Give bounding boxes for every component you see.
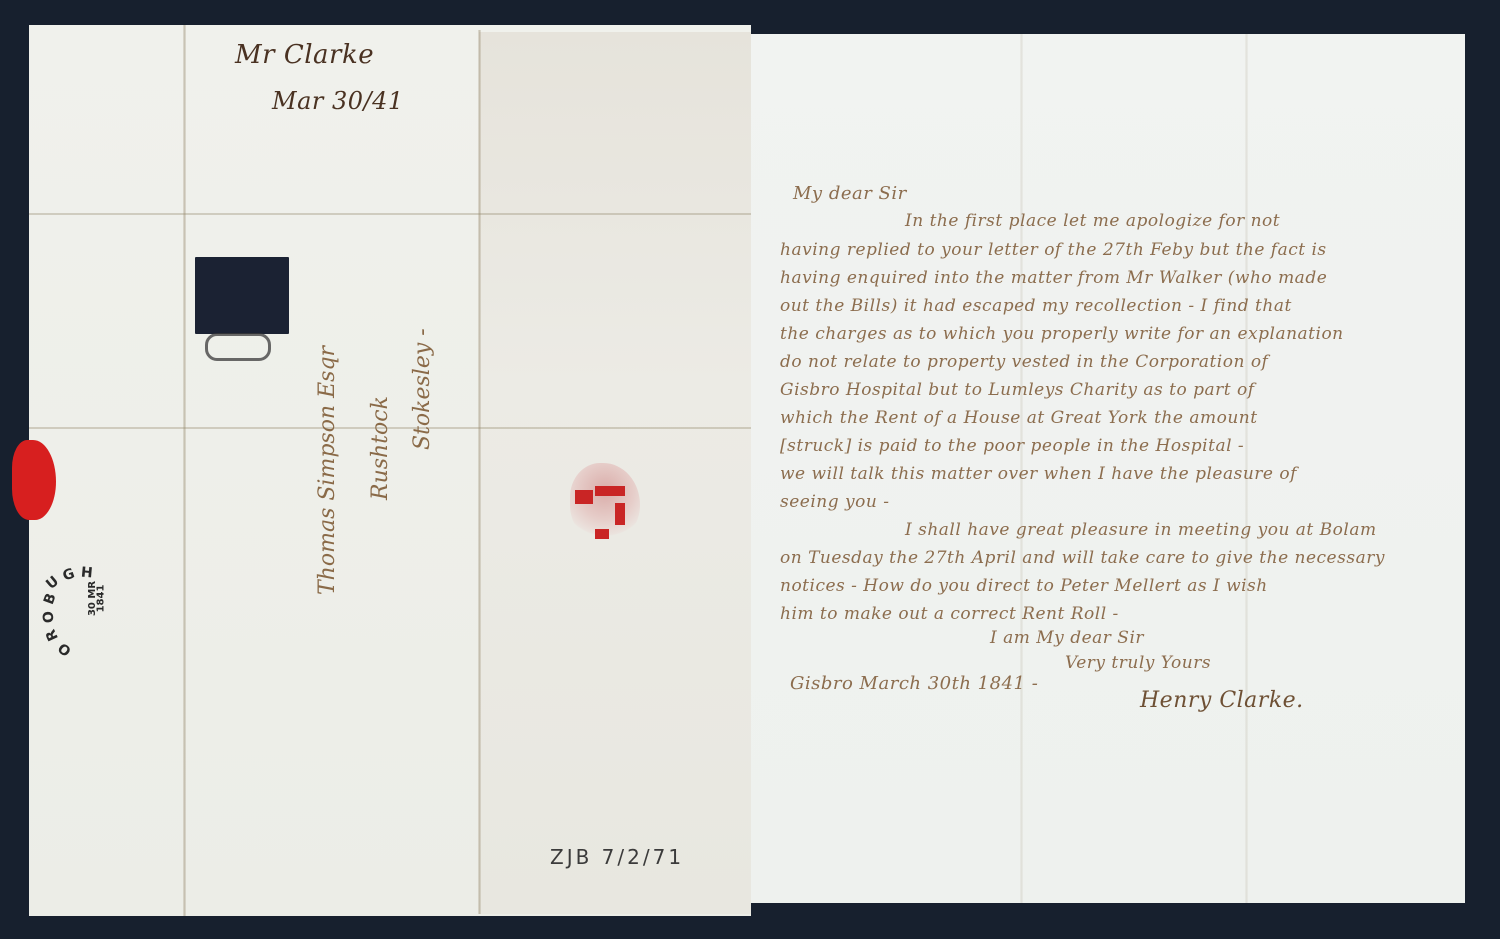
address-line-3: Stokesley - <box>410 328 435 450</box>
letter-body-line: him to make out a correct Rent Roll - <box>780 604 1119 624</box>
stamp-cancel-mark <box>205 333 271 361</box>
letter-body-line: we will talk this matter over when I hav… <box>780 464 1297 484</box>
removed-stamp-area <box>195 257 289 334</box>
letter-body-line: I shall have great pleasure in meeting y… <box>905 520 1377 540</box>
docket-date: Mar 30/41 <box>272 87 404 115</box>
fold-line <box>29 213 751 215</box>
letter-body-line: Gisbro Hospital but to Lumleys Charity a… <box>780 380 1255 400</box>
letter-body-line: notices - How do you direct to Peter Mel… <box>780 576 1268 596</box>
letter-body-line: [struck] is paid to the poor people in t… <box>780 436 1244 456</box>
guisborough-postmark: B O R O U G H 30 MR 1841 <box>45 585 125 665</box>
red-wax-seal <box>12 440 56 520</box>
letter-closing: Very truly Yours <box>1065 653 1211 673</box>
letter-body-line: having enquired into the matter from Mr … <box>780 268 1327 288</box>
address-line-2: Rushtock <box>368 396 393 500</box>
letter-body-line: seeing you - <box>780 492 889 512</box>
wax-seal-remnant <box>570 463 640 543</box>
letter-body-line: having replied to your letter of the 27t… <box>780 240 1327 260</box>
letter-body-line: do not relate to property vested in the … <box>780 352 1268 372</box>
letter-body-line: the charges as to which you properly wri… <box>780 324 1344 344</box>
letter-body-line: which the Rent of a House at Great York … <box>780 408 1258 428</box>
letter-place-date: Gisbro March 30th 1841 - <box>790 673 1038 694</box>
letter-body-line: on Tuesday the 27th April and will take … <box>780 548 1385 568</box>
letter-salutation: My dear Sir <box>793 183 907 204</box>
fold-line <box>478 30 481 914</box>
docket-name: Mr Clarke <box>235 40 374 70</box>
letter-signature: Henry Clarke. <box>1140 688 1304 713</box>
letter-body-line: out the Bills) it had escaped my recolle… <box>780 296 1292 316</box>
letter-body-line: In the first place let me apologize for … <box>905 211 1280 231</box>
fold-line <box>183 25 186 916</box>
archive-reference: ZJB 7/2/71 <box>550 845 684 869</box>
address-line-1: Thomas Simpson Esqr <box>315 346 340 595</box>
letter-closing: I am My dear Sir <box>990 628 1144 648</box>
